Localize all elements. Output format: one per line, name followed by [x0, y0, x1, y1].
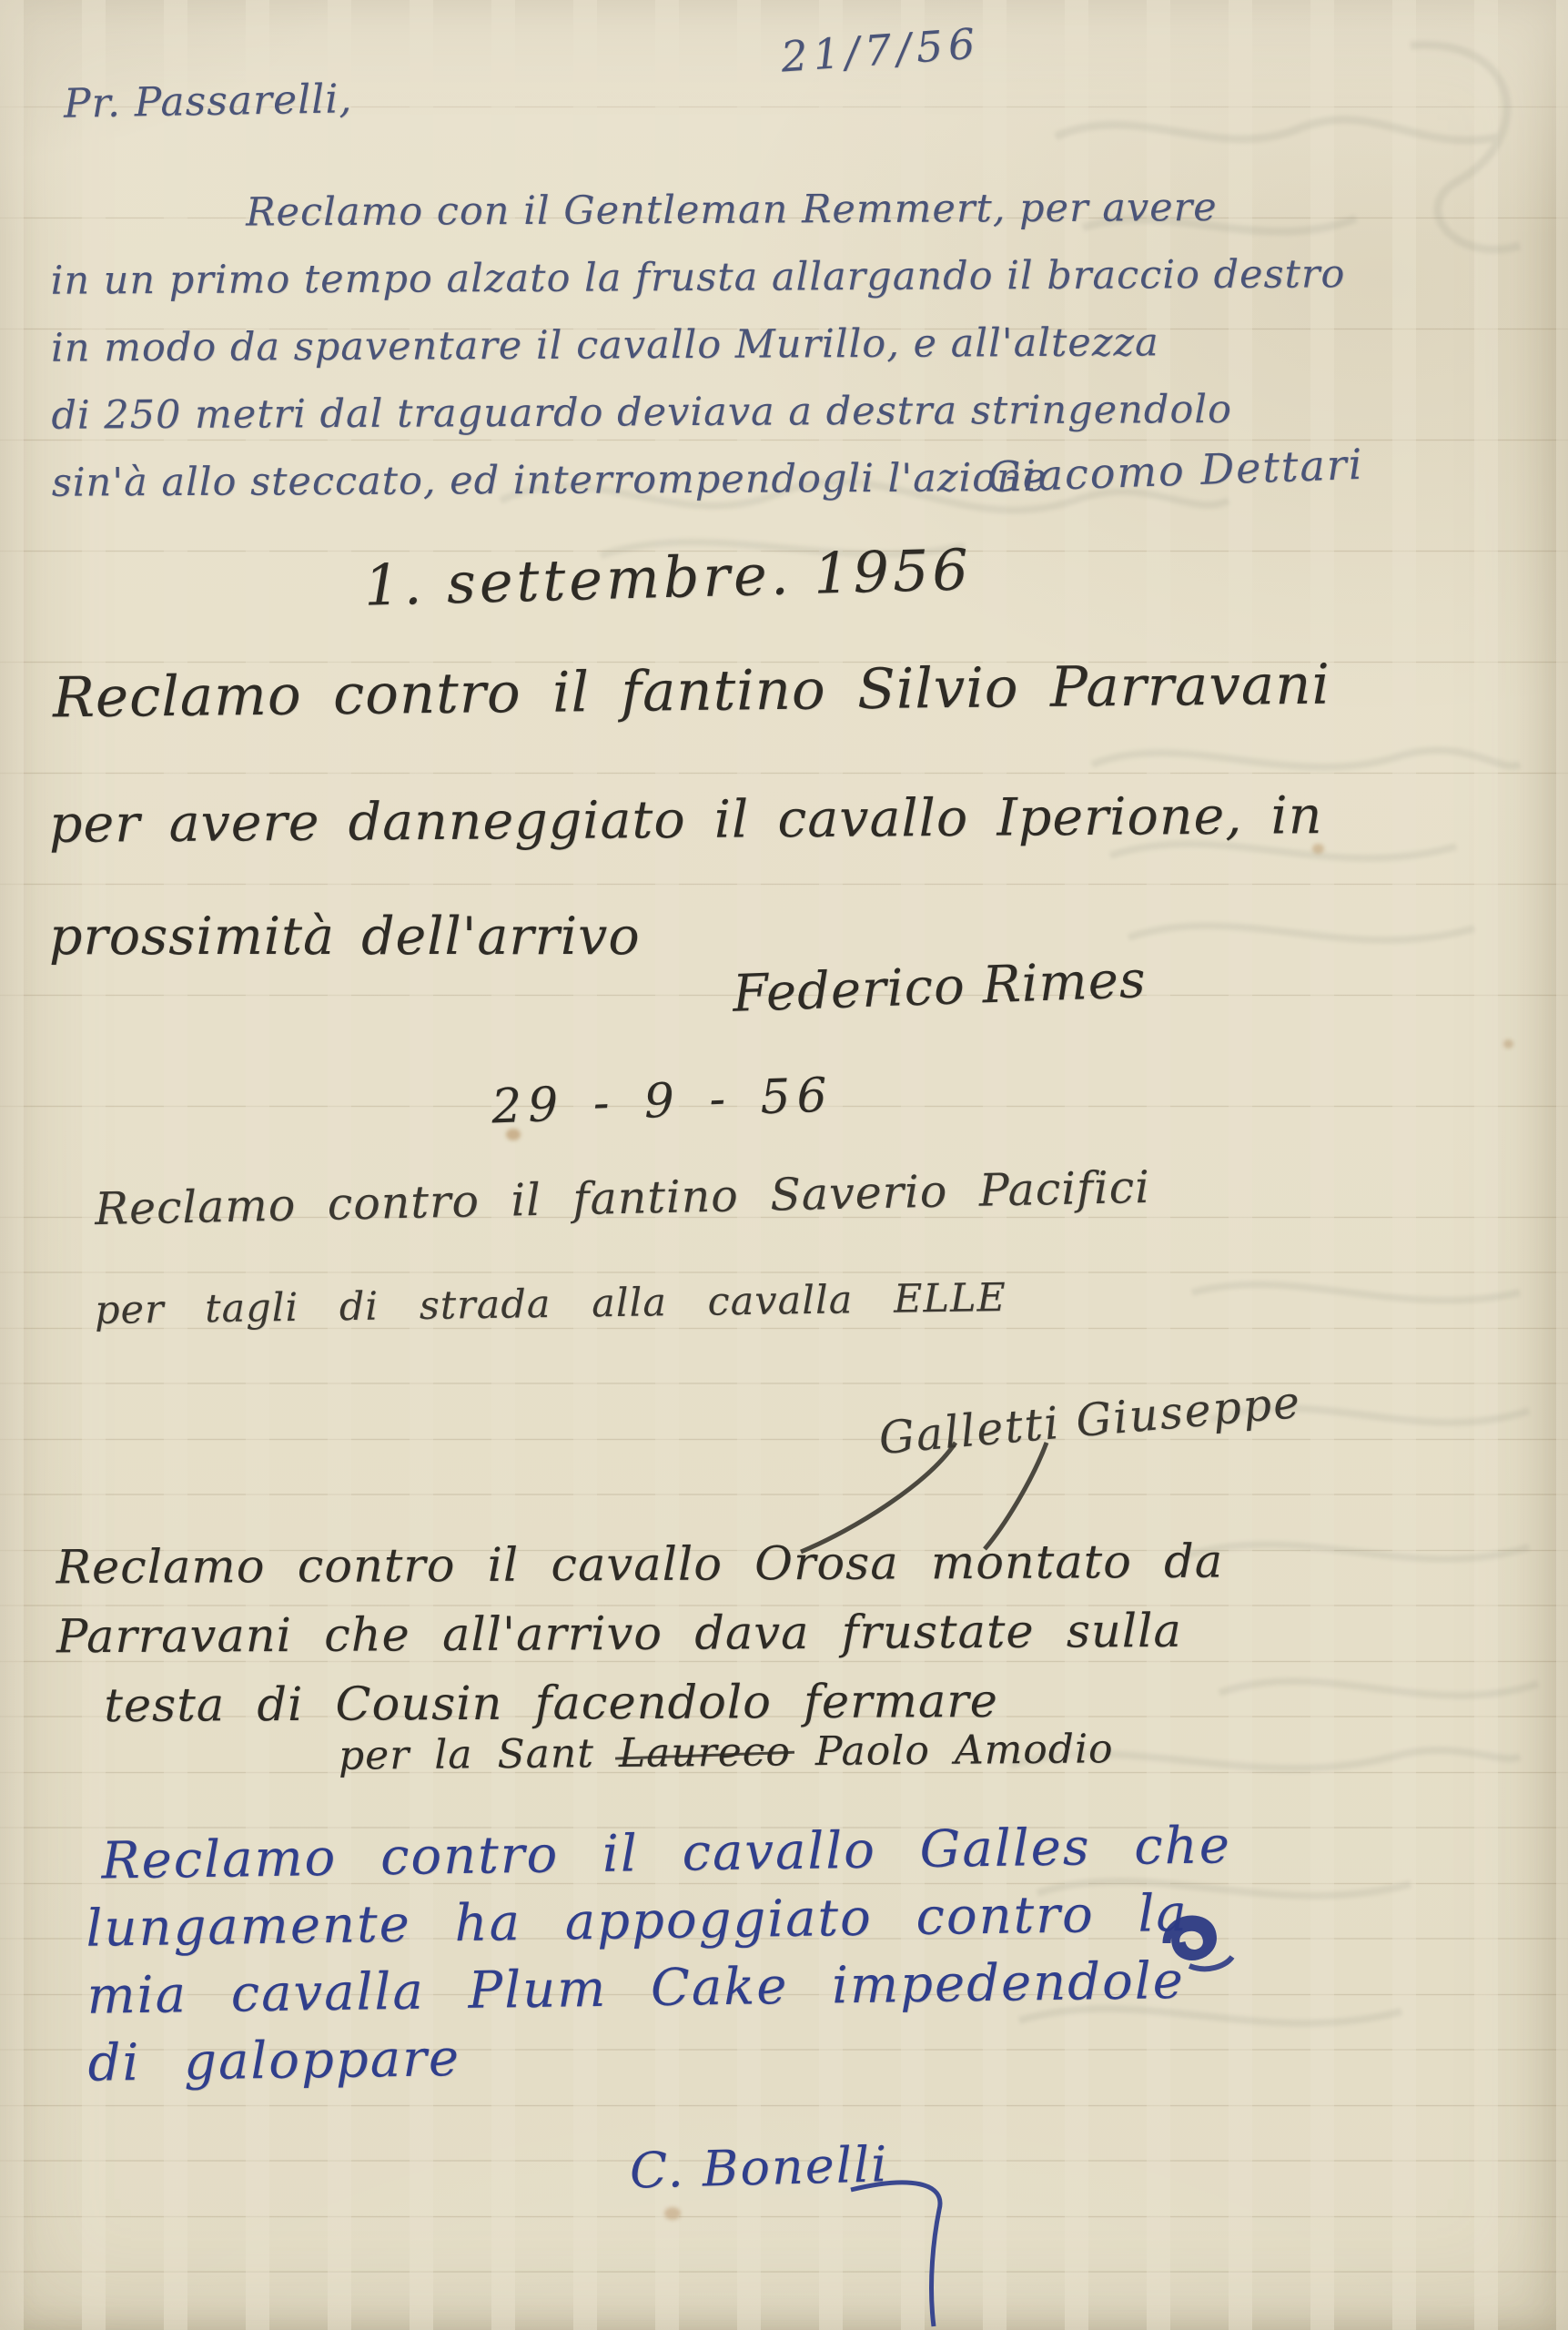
handwritten-line: Parravani che all'arrivo dava frustate s…: [56, 1597, 1224, 1673]
entry4-attribution: per la Sant Laureco Paolo Amodio: [339, 1726, 1114, 1778]
handwritten-line: Reclamo contro il fantino Silvio Parrava…: [53, 653, 1331, 731]
entry5-paragraph: Reclamo contro il cavallo Galles che lun…: [85, 1812, 1234, 2098]
ink-blot: [1139, 1902, 1239, 1984]
entry3-date: 29 - 9 - 56: [491, 1068, 835, 1134]
signature-flourish: [846, 2173, 992, 2330]
handwritten-line: in modo da spaventare il cavallo Murillo…: [51, 308, 1346, 381]
attribution-suffix: Paolo Amodio: [815, 1726, 1114, 1775]
foxing-stain: [1503, 1039, 1513, 1048]
handwritten-line: per avere danneggiato il cavallo Iperion…: [49, 785, 1323, 855]
notebook-page: 21/7/56 Pr. Passarelli, Reclamo con il G…: [0, 0, 1568, 2330]
struck-word: Laureco: [619, 1728, 791, 1777]
entry2-heading: 1. settembre. 1956: [363, 536, 973, 618]
handwritten-line: di 250 metri dal traguardo deviava a des…: [51, 375, 1346, 449]
foxing-stain: [664, 2207, 681, 2220]
entry4-paragraph: Reclamo contro il cavallo Orosa montato …: [56, 1528, 1224, 1742]
handwritten-line: in un primo tempo alzato la frusta allar…: [50, 240, 1345, 314]
handwritten-line: prossimità dell'arrivo: [49, 907, 641, 967]
entry2-signature: Federico Rimes: [732, 950, 1148, 1024]
entry1-date: 21/7/56: [779, 18, 982, 81]
entry1-salutation: Pr. Passarelli,: [64, 76, 353, 127]
handwritten-line: Reclamo contro il cavallo Orosa montato …: [56, 1528, 1223, 1604]
handwritten-line: per tagli di strada alla cavalla ELLE: [95, 1275, 1007, 1333]
handwritten-line: Reclamo contro il fantino Saverio Pacifi…: [95, 1161, 1151, 1235]
handwritten-line: Reclamo con il Gentleman Remmert, per av…: [50, 173, 1345, 247]
attribution-prefix: per la Sant: [339, 1730, 594, 1778]
